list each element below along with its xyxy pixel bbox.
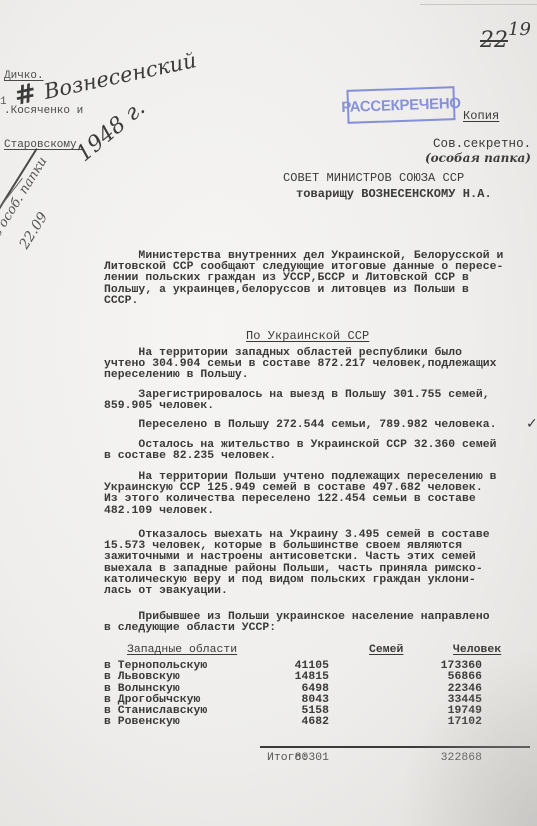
document-page: Дичко. .Косяченко и Старовскому. 1 #Возн…: [0, 0, 537, 826]
margin-number: 1: [0, 96, 7, 108]
column-header-people: Человек: [453, 645, 501, 656]
text-line: Переселено в Польшу 272.544 семьи, 789.9…: [104, 420, 534, 431]
text-line: в следующие области УССР:: [104, 623, 534, 634]
region-cell: в Львовскую: [104, 672, 180, 683]
paragraph: Прибывшее из Польши украинское население…: [104, 612, 534, 634]
people-cell: 56866: [448, 672, 482, 683]
text-line: 859.905 человек.: [104, 401, 534, 412]
table-total-row: Итого: 80301 322868: [104, 753, 534, 767]
text-line: зажиточными и настроены антисоветски. Ча…: [104, 552, 534, 563]
people-cell: 17102: [448, 717, 482, 728]
current-page-number: 19: [508, 19, 531, 40]
addressee-line: СОВЕТ МИНИСТРОВ СОЮЗА ССР: [283, 173, 464, 184]
addressee-name: товарищу ВОЗНЕСЕНСКОМУ Н.А.: [296, 189, 492, 200]
text-line: в составе 82.235 человек.: [104, 451, 534, 462]
total-families: 80301: [295, 753, 329, 764]
total-divider: [260, 746, 530, 748]
text-line: лении польских граждан из УССР,БССР и Ли…: [104, 273, 534, 284]
old-page-number: 22: [480, 28, 508, 53]
handwritten-year: 1948 г.: [72, 96, 150, 167]
text-line: 482.109 человек.: [104, 506, 534, 517]
declassified-stamp: РАССЕКРЕЧЕНО: [346, 86, 455, 124]
table-row: в Ровенскую 4682 17102: [104, 717, 534, 728]
paragraph: Переселено в Польшу 272.544 семьи, 789.9…: [104, 420, 534, 431]
classification-note: (особая папка): [425, 151, 531, 165]
paragraph: Зарегистрировалось на выезд в Польшу 301…: [104, 390, 534, 412]
column-header-region: Западные области: [127, 645, 237, 656]
routing-block: Дичко. .Косяченко и Старовскому.: [4, 48, 83, 175]
text-line: СССР.: [104, 296, 534, 307]
resettlement-table: Западные области Семей Человек в Тернопо…: [104, 645, 534, 729]
text-line: Польшу, а украинцев,белоруссов и литовце…: [104, 285, 534, 296]
check-mark-icon: ✓: [526, 416, 537, 432]
section-heading: По Украинской ССР: [246, 331, 369, 342]
routing-line: .Косяченко и: [4, 106, 83, 118]
region-cell: в Ровенскую: [104, 717, 180, 728]
routing-line: Старовскому.: [4, 140, 83, 152]
page-edge-line: [420, 4, 537, 5]
total-people: 322868: [441, 753, 482, 764]
text-line: переселению в Польшу.: [104, 370, 534, 381]
page-number: 2219: [480, 28, 531, 53]
intro-paragraph: Министерства внутренних дел Украинской, …: [104, 251, 534, 307]
families-cell: 4682: [301, 717, 329, 728]
paragraph: На территории Польши учтено подлежащих п…: [104, 472, 534, 517]
text-line: лась от эвакуации.: [104, 586, 534, 597]
classification-label: Сов.секретно.: [433, 139, 531, 150]
copy-label: Копия: [463, 111, 499, 122]
paragraph: Осталось на жительство в Украинской ССР …: [104, 440, 534, 462]
paragraph: На территории западных областей республи…: [104, 348, 534, 382]
handwritten-archive-date: 22.09: [16, 210, 51, 252]
table-row: в Львовскую 14815 56866: [104, 672, 534, 683]
text-line: Из этого количества переселено 122.454 с…: [104, 494, 534, 505]
column-header-families: Семей: [369, 645, 403, 656]
families-cell: 14815: [295, 672, 329, 683]
table-header: Западные области Семей Человек: [104, 645, 534, 661]
paragraph: Отказалось выехать на Украину 3.495 семе…: [104, 530, 534, 597]
